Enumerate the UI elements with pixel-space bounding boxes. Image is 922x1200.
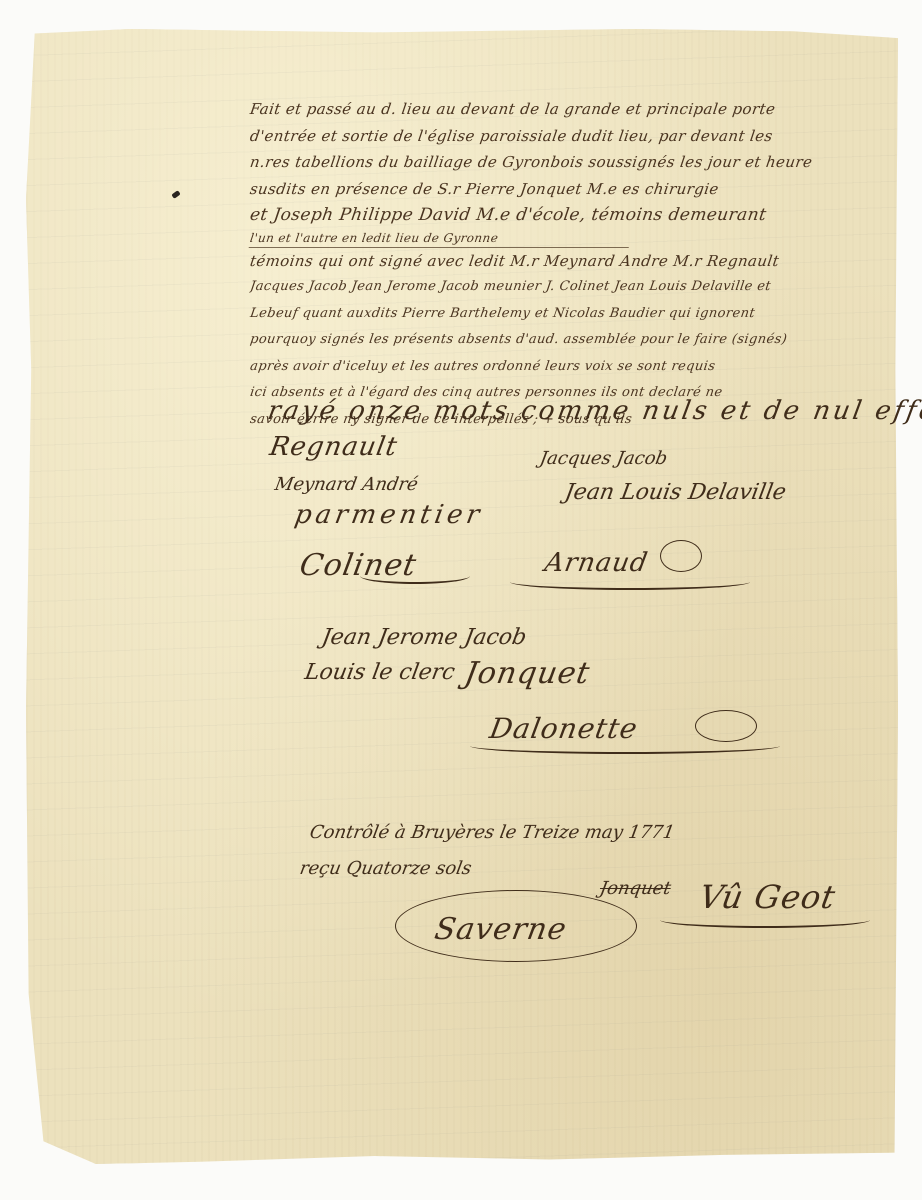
approval-note: rayé onze mots comme nuls et de nul effe… — [265, 396, 922, 426]
signature-vu-geot: Vû Geot — [697, 878, 839, 916]
signature-louis-leclerc: Louis le clerc — [303, 660, 457, 685]
body-line-9: Lebeuf quant auxdits Pierre Barthelemy e… — [248, 301, 892, 328]
body-line-2: d'entrée et sortie de l'église paroissia… — [248, 123, 892, 150]
vu-geot-flourish — [660, 912, 870, 928]
struck-signature: Jonquet — [598, 878, 672, 899]
body-line-11: après avoir d'iceluy et les autres ordon… — [248, 354, 892, 381]
control-note-line-2: reçu Quatorze sols — [298, 858, 473, 879]
body-line-3: n.res tabellions du bailliage de Gyronbo… — [248, 149, 892, 176]
body-line-6: l'un et l'autre en ledit lieu de Gyronne — [249, 229, 632, 248]
document-body: Fait et passé au d. lieu au devant de la… — [250, 96, 890, 433]
body-line-8: Jacques Jacob Jean Jerome Jacob meunier … — [248, 274, 892, 301]
signature-regnault: Regnault — [267, 432, 400, 462]
dalonette-flourish — [470, 738, 780, 754]
signature-parmentier: parmentier — [292, 500, 485, 530]
signature-jacques-jacob: Jacques Jacob — [538, 448, 669, 469]
control-note-line-1: Contrôlé à Bruyères le Treize may 1771 — [308, 822, 676, 843]
arnaud-paraph — [660, 540, 702, 572]
saverne-paraph — [395, 890, 637, 962]
dalonette-paraph — [695, 710, 757, 742]
signature-jean-jerome-jacob: Jean Jerome Jacob — [320, 625, 529, 650]
body-line-4: susdits en présence de S.r Pierre Jonque… — [248, 176, 892, 203]
body-line-5: et Joseph Philippe David M.e d'école, té… — [248, 202, 892, 229]
colinet-flourish — [360, 568, 470, 584]
body-line-1: Fait et passé au d. lieu au devant de la… — [248, 96, 892, 123]
body-line-7: témoins qui ont signé avec ledit M.r Mey… — [248, 248, 892, 275]
body-line-10: pourquoy signés les présents absents d'a… — [248, 327, 892, 354]
arnaud-flourish — [510, 574, 750, 590]
signature-jonquet: Jonquet — [462, 656, 593, 691]
signature-meynard-andre: Meynard André — [273, 474, 419, 495]
signature-jean-louis-delaville: Jean Louis Delaville — [563, 480, 788, 505]
